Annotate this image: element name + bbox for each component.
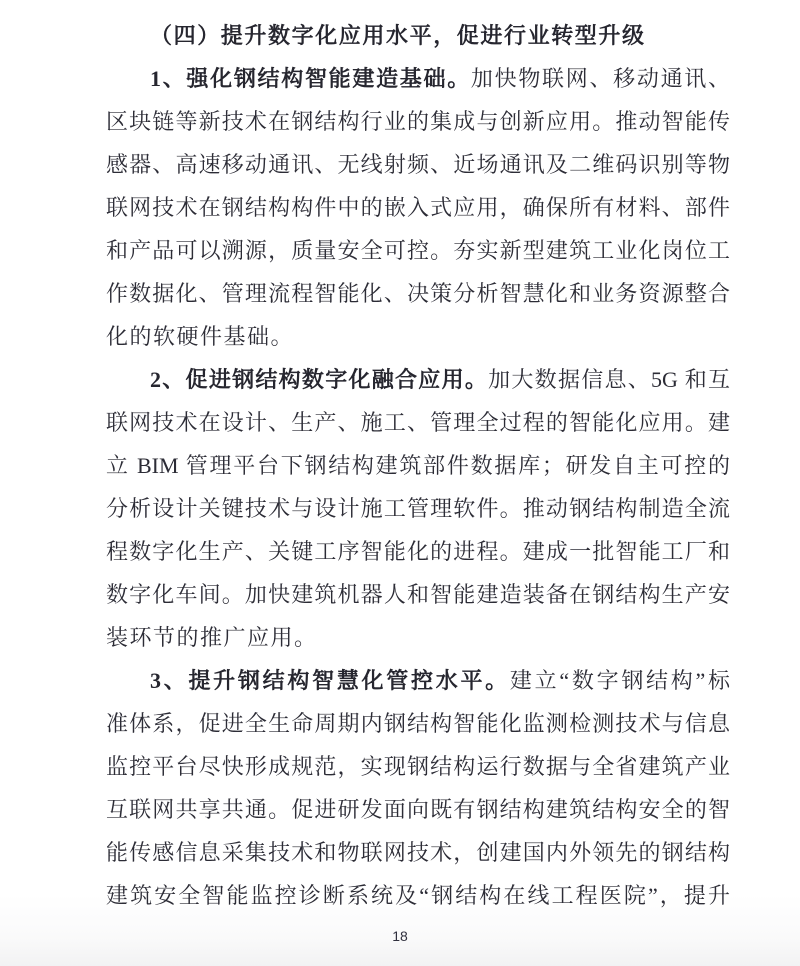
paragraph-2-line: 程数字化生产、关键工序智能化的进程。建成一批智能工厂和 xyxy=(106,530,730,573)
paragraph-1-line: 区块链等新技术在钢结构行业的集成与创新应用。推动智能传 xyxy=(106,100,730,143)
paragraph-2-first-line: 2、促进钢结构数字化融合应用。加大数据信息、5G 和互 xyxy=(106,358,730,401)
page-number: 18 xyxy=(0,926,800,946)
paragraph-1-line: 感器、高速移动通讯、无线射频、近场通讯及二维码识别等物 xyxy=(106,143,730,186)
paragraph-2-line: 数字化车间。加快建筑机器人和智能建造装备在钢结构生产安 xyxy=(106,573,730,616)
paragraph-2-lead: 2、促进钢结构数字化融合应用。 xyxy=(150,367,488,392)
paragraph-1-first-rest: 加快物联网、移动通讯、 xyxy=(471,66,730,91)
paragraph-3: 3、提升钢结构智慧化管控水平。建立“数字钢结构”标 准体系，促进全生命周期内钢结… xyxy=(106,659,730,917)
paragraph-2-first-rest: 加大数据信息、5G 和互 xyxy=(488,367,730,392)
paragraph-3-line: 能传感信息采集技术和物联网技术，创建国内外领先的钢结构 xyxy=(106,831,730,874)
paragraph-1-line: 和产品可以溯源，质量安全可控。夯实新型建筑工业化岗位工 xyxy=(106,229,730,272)
paragraph-3-lead: 3、提升钢结构智慧化管控水平。 xyxy=(150,668,510,693)
paragraph-3-line: 监控平台尽快形成规范，实现钢结构运行数据与全省建筑产业 xyxy=(106,745,730,788)
paragraph-3-first-line: 3、提升钢结构智慧化管控水平。建立“数字钢结构”标 xyxy=(106,659,730,702)
paragraph-2-line: 联网技术在设计、生产、施工、管理全过程的智能化应用。建 xyxy=(106,401,730,444)
paragraph-3-line: 互联网共享共通。促进研发面向既有钢结构建筑结构安全的智 xyxy=(106,788,730,831)
paragraph-2-line: 立 BIM 管理平台下钢结构建筑部件数据库；研发自主可控的 xyxy=(106,444,730,487)
paragraph-3-line: 准体系，促进全生命周期内钢结构智能化监测检测技术与信息 xyxy=(106,702,730,745)
section-heading: （四）提升数字化应用水平，促进行业转型升级 xyxy=(106,14,730,57)
paragraph-2-last-line: 装环节的推广应用。 xyxy=(106,616,730,659)
paragraph-2: 2、促进钢结构数字化融合应用。加大数据信息、5G 和互 联网技术在设计、生产、施… xyxy=(106,358,730,659)
document-page: （四）提升数字化应用水平，促进行业转型升级 1、强化钢结构智能建造基础。加快物联… xyxy=(0,0,800,966)
document-content: （四）提升数字化应用水平，促进行业转型升级 1、强化钢结构智能建造基础。加快物联… xyxy=(106,14,730,917)
paragraph-1-lead: 1、强化钢结构智能建造基础。 xyxy=(150,66,471,91)
paragraph-1: 1、强化钢结构智能建造基础。加快物联网、移动通讯、 区块链等新技术在钢结构行业的… xyxy=(106,57,730,358)
paragraph-3-line: 建筑安全智能监控诊断系统及“钢结构在线工程医院”，提升 xyxy=(106,874,730,917)
paragraph-2-line: 分析设计关键技术与设计施工管理软件。推动钢结构制造全流 xyxy=(106,487,730,530)
paragraph-1-first-line: 1、强化钢结构智能建造基础。加快物联网、移动通讯、 xyxy=(106,57,730,100)
paragraph-1-line: 联网技术在钢结构构件中的嵌入式应用，确保所有材料、部件 xyxy=(106,186,730,229)
paragraph-1-line: 作数据化、管理流程智能化、决策分析智慧化和业务资源整合 xyxy=(106,272,730,315)
paragraph-3-first-rest: 建立“数字钢结构”标 xyxy=(510,668,730,693)
paragraph-1-last-line: 化的软硬件基础。 xyxy=(106,315,730,358)
